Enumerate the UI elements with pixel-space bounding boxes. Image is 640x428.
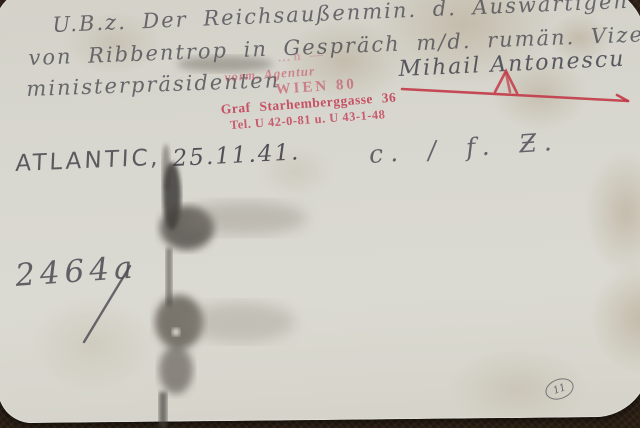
agency-name-note: ATLANTIC, — [15, 145, 161, 177]
corner-number-circle: 11 — [542, 375, 576, 404]
photo-verso-scene: U.B.z. Der Reichsaußenmin. d. Auswärtige… — [0, 0, 640, 428]
corner-number: 11 — [552, 382, 568, 397]
annotations-layer: U.B.z. Der Reichsaußenmin. d. Auswärtige… — [0, 0, 640, 428]
date-note: 25.11.41. — [172, 139, 301, 172]
archive-number: 2464a — [14, 249, 139, 293]
agency-rubber-stamp: …n — vorm. Agentur WIEN 80 Graf Starhemb… — [215, 38, 450, 134]
credit-initials-note: c. / f. Ƶ. — [368, 127, 559, 169]
